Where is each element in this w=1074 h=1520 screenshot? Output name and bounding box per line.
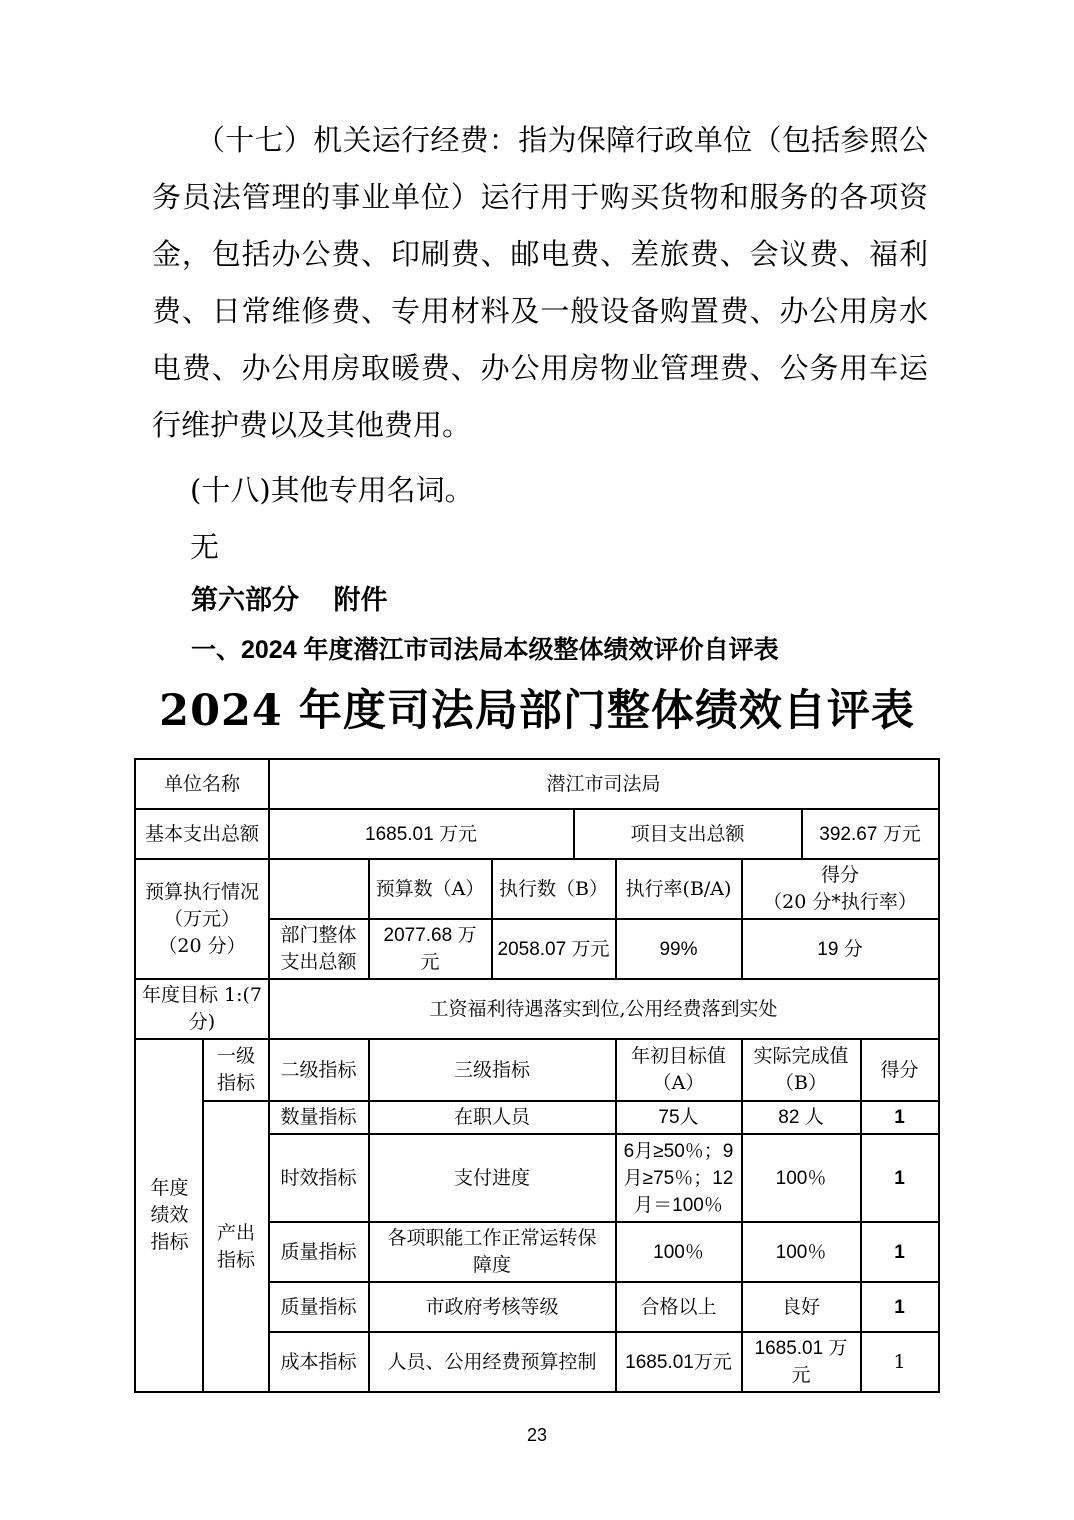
level3-header: 三级指标 xyxy=(369,1039,616,1101)
document-page: （十七）机关运行经费：指为保障行政单位（包括参照公务员法管理的事业单位）运行用于… xyxy=(0,0,1074,1446)
table-row: 预算执行情况 （万元） （20 分） 预算数（A） 执行数（B） 执行率(B/A… xyxy=(135,859,938,919)
indicator-score: 1 xyxy=(861,1101,939,1134)
indicator-score: 1 xyxy=(861,1332,939,1392)
annual-goal-label: 年度目标 1:(7 分) xyxy=(135,979,268,1039)
actual-header: 实际完成值 （B） xyxy=(742,1039,861,1101)
indicator-actual: 82 人 xyxy=(742,1101,861,1134)
indicator-level2: 成本指标 xyxy=(269,1332,369,1392)
dept-total-label: 部门整体支出总额 xyxy=(269,919,369,979)
indicator-target: 1685.01万元 xyxy=(616,1332,742,1392)
indicator-level3: 市政府考核等级 xyxy=(369,1282,616,1332)
attachment-heading: 一、2024 年度潜江市司法局本级整体绩效评价自评表 xyxy=(191,625,1074,675)
indicator-score: 1 xyxy=(861,1134,939,1222)
score-column-header: 得分 （20 分*执行率） xyxy=(742,859,939,919)
project-expense-value: 392.67 万元 xyxy=(802,809,939,859)
basic-expense-value: 1685.01 万元 xyxy=(269,809,574,859)
annual-performance-group-label: 年度 绩效 指标 xyxy=(135,1039,203,1392)
indicator-actual: 100％ xyxy=(742,1222,861,1282)
indicator-level2: 数量指标 xyxy=(269,1101,369,1134)
part6-heading: 第六部分 附件 xyxy=(191,576,1074,625)
none-line: 无 xyxy=(190,519,1074,576)
table-row: 产出 指标 数量指标 在职人员 75人 82 人 1 xyxy=(135,1101,938,1134)
indicator-actual: 1685.01 万 元 xyxy=(742,1332,861,1392)
table-row: 单位名称 潜江市司法局 xyxy=(135,759,938,809)
indicator-actual: 100％ xyxy=(742,1134,861,1222)
indicator-target: 75人 xyxy=(616,1101,742,1134)
table-row: 基本支出总额 1685.01 万元 项目支出总额 392.67 万元 xyxy=(135,809,938,859)
indicator-level3: 在职人员 xyxy=(369,1101,616,1134)
page-number: 23 xyxy=(0,1425,1074,1446)
table-row: 年度 绩效 指标 一级 指标 二级指标 三级指标 年初目标值 （A） 实际完成值… xyxy=(135,1039,938,1101)
indicator-actual: 良好 xyxy=(742,1282,861,1332)
indicator-level3: 支付进度 xyxy=(369,1134,616,1222)
indicator-level2: 时效指标 xyxy=(269,1134,369,1222)
paragraph-17: （十七）机关运行经费：指为保障行政单位（包括参照公务员法管理的事业单位）运行用于… xyxy=(152,112,928,454)
annual-goal-value: 工资福利待遇落实到位,公用经费落到实处 xyxy=(269,979,939,1039)
table-row: 年度目标 1:(7 分) 工资福利待遇落实到位,公用经费落到实处 xyxy=(135,979,938,1039)
indicator-target: 100％ xyxy=(616,1222,742,1282)
dept-execution-value: 2058.07 万元 xyxy=(492,919,616,979)
indicator-score: 1 xyxy=(861,1222,939,1282)
project-expense-label: 项目支出总额 xyxy=(574,809,802,859)
budget-execution-label: 预算执行情况 （万元） （20 分） xyxy=(135,859,268,979)
indicator-level3: 人员、公用经费预算控制 xyxy=(369,1332,616,1392)
unit-name-label: 单位名称 xyxy=(135,759,268,809)
dept-score-value: 19 分 xyxy=(742,919,939,979)
indicator-level3: 各项职能工作正常运转保 障度 xyxy=(369,1222,616,1282)
indicator-level2: 质量指标 xyxy=(269,1282,369,1332)
basic-expense-label: 基本支出总额 xyxy=(135,809,268,859)
target-header: 年初目标值 （A） xyxy=(616,1039,742,1101)
indicator-target: 6月≥50％；9月≥75％；12月＝100％ xyxy=(616,1134,742,1222)
output-category-label: 产出 指标 xyxy=(203,1101,268,1392)
table-title: 2024 年度司法局部门整体绩效自评表 xyxy=(0,685,1074,737)
execution-column-header: 执行数（B） xyxy=(492,859,616,919)
level2-header: 二级指标 xyxy=(269,1039,369,1101)
rate-column-header: 执行率(B/A) xyxy=(616,859,742,919)
indicator-level2: 质量指标 xyxy=(269,1222,369,1282)
budget-column-header: 预算数（A） xyxy=(369,859,492,919)
paragraph-18: (十八)其他专用名词。 xyxy=(190,462,1074,519)
dept-rate-value: 99% xyxy=(616,919,742,979)
performance-self-evaluation-table: 单位名称 潜江市司法局 基本支出总额 1685.01 万元 项目支出总额 392… xyxy=(134,758,939,1393)
indicator-score: 1 xyxy=(861,1282,939,1332)
unit-name-value: 潜江市司法局 xyxy=(269,759,939,809)
level1-header: 一级 指标 xyxy=(203,1039,268,1101)
indicator-target: 合格以上 xyxy=(616,1282,742,1332)
dept-budget-value: 2077.68 万元 xyxy=(369,919,492,979)
score-header: 得分 xyxy=(861,1039,939,1101)
empty-cell xyxy=(269,859,369,919)
